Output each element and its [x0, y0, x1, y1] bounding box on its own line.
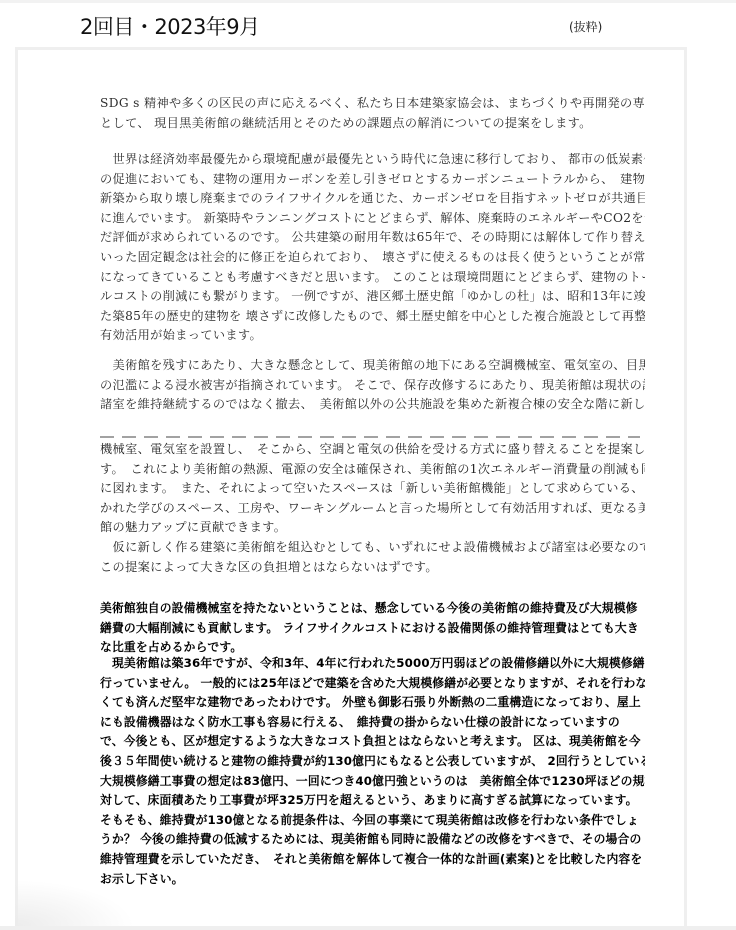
text-line: 美術館を残すにあたり、大きな懸念として、現美術館の地下にある空調機械室、電気室の…: [100, 356, 645, 376]
text-line: の促進においても、建物の運用カーボンを差し引きゼロとするカーボンニュートラルから…: [100, 170, 645, 190]
paragraph-carbon: 世界は経済効率最優先から環境配慮が最優先という時代に急速に移行しており、 都市の…: [100, 150, 645, 346]
scan-cut-divider: [100, 436, 640, 438]
text-line: に図れます。 また、それによって空いたスペースは「新しい美術館機能」として求めら…: [100, 479, 645, 499]
text-line: に進んでいます。 新築時やランニングコストにとどまらず、解体、廃棄時のエネルギー…: [100, 209, 645, 229]
text-line: 新築から取り壊し廃棄までのライフサイクルを通じた、カーボンゼロを目指すネットゼロ…: [100, 189, 645, 209]
text-line: 現美術館は築36年ですが、令和3年、4年に行われた5000万円弱ほどの設備修繕以…: [100, 654, 645, 674]
top-edge: [0, 0, 736, 3]
text-line: 繕費の大幅削減にも貢献します。 ライフサイクルコストにおける設備関係の維持管理費…: [100, 619, 645, 639]
paragraph-cost-reduction: 美術館独自の設備機械室を持たないということは、懸念している今後の美術館の維持費及…: [100, 599, 645, 658]
text-line: す。 これにより美術館の熱源、電源の安全は確保され、美術館の1次エネルギー消費量…: [100, 460, 645, 480]
text-line: 対して、床面積あたり工事費が坪325万円を超えるという、あまりに高すぎる試算にな…: [100, 791, 645, 811]
text-line: 行っていません。 一般的には25年ほどで建築を含めた大規模修繕が必要となりますが…: [100, 674, 645, 694]
text-line: の氾濫による浸水被害が指摘されています。 そこで、保存改修するにあたり、現美術館…: [100, 376, 645, 396]
text-line: 維持管理費を示していただき、 それと美術館を解体して複合一体的な計画(素案)とを…: [100, 850, 645, 870]
text-line: お示し下さい。: [100, 870, 645, 890]
text-line: ルコストの削減にも繋がります。 一例ですが、港区郷土歴史館「ゆかしの杜」は、昭和…: [100, 287, 645, 307]
text-line: 館の魅力アップに貢献できます。: [100, 518, 645, 538]
paragraph-equipment-relocation: 機械室、電気室を設置し、 そこから、空調と電気の供給を受ける方式に盛り替えること…: [100, 440, 645, 577]
paragraph-maintenance-cost: 現美術館は築36年ですが、令和3年、4年に行われた5000万円弱ほどの設備修繕以…: [100, 654, 645, 889]
text-line: 大規模修繕工事費の想定は83億円、一回につき40億円強というのは 美術館全体で1…: [100, 772, 645, 792]
text-line: にも設備機器はなく防水工事も容易に行える、 維持費の掛からない仕様の設計になって…: [100, 713, 645, 733]
text-line: そもそも、維持費が130億となる前提条件は、今回の事業にて現美術館は改修を行わな…: [100, 811, 645, 831]
text-line: 有効活用が始まっています。: [100, 326, 645, 346]
text-line: た築85年の歴史的建物を 壊さずに改修したもので、郷土歴史館を中心とした複合施設…: [100, 307, 645, 327]
bottom-edge: [0, 926, 736, 930]
text-line: 世界は経済効率最優先から環境配慮が最優先という時代に急速に移行しており、 都市の…: [100, 150, 645, 170]
text-line: いった固定観念は社会的に修正を迫られており、 壊さずに使えるものは長く使うという…: [100, 248, 645, 268]
text-line: かれた学びのスペース、工房や、ワーキングルームと言った場所として有効活用すれば、…: [100, 499, 645, 519]
paragraph-flood-risk: 美術館を残すにあたり、大きな懸念として、現美術館の地下にある空調機械室、電気室の…: [100, 356, 645, 415]
text-line: になってきていることも考慮すべきだと思います。 このことは環境問題にとどまらず、…: [100, 268, 645, 288]
text-line: だ評価が求められているのです。 公共建築の耐用年数は65年で、その時期には解体し…: [100, 228, 645, 248]
paragraph-intro: SDG s 精神や多くの区民の声に応えるべく、私たち日本建築家協会は、まちづくり…: [100, 94, 645, 133]
text-line: 後３５年間使い続けると建物の維持費が約130億円にもなると公表していますが、 2…: [100, 752, 645, 772]
text-line: うか？ 今後の維持費の低減するためには、現美術館も同時に設備などの改修をすべきで…: [100, 830, 645, 850]
text-line: として、 現目黒美術館の継続活用とそのための課題点の解消についての提案をします。: [100, 114, 645, 134]
excerpt-note: (抜粋): [569, 18, 602, 35]
text-line: くても済んだ堅牢な建物であったわけです。 外壁も御影石張り外断熱の二重構造になっ…: [100, 693, 645, 713]
text-line: この提案によって大きな区の負担増とはならないはずです。: [100, 558, 645, 578]
header-title: 2回目・2023年9月: [80, 11, 260, 41]
text-line: 諸室を維持継続するのではなく撤去、 美術館以外の公共施設を集めた新複合棟の安全な…: [100, 395, 645, 415]
text-line: SDG s 精神や多くの区民の声に応えるべく、私たち日本建築家協会は、まちづくり…: [100, 94, 645, 114]
text-line: 美術館独自の設備機械室を持たないということは、懸念している今後の美術館の維持費及…: [100, 599, 645, 619]
text-line: で、今後とも、区が想定するような大きなコスト負担とはならないと考えます。 区は、…: [100, 732, 645, 752]
text-line: 仮に新しく作る建築に美術館を組込むとしても、いずれにせよ設備機械および諸室は必要…: [100, 538, 645, 558]
scan-shadow: [15, 880, 135, 926]
text-line: 機械室、電気室を設置し、 そこから、空調と電気の供給を受ける方式に盛り替えること…: [100, 440, 645, 460]
